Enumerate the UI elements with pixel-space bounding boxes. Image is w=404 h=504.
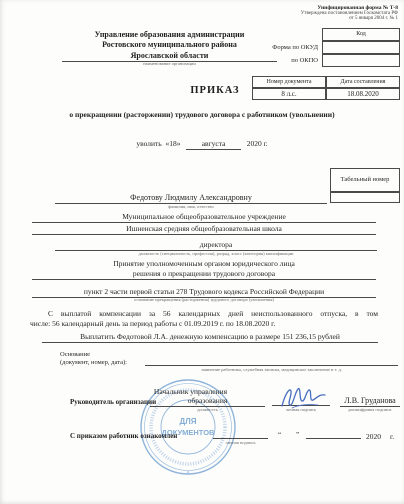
position-line: директора — [55, 240, 377, 251]
stamp-text-line1: ДЛЯ — [179, 417, 196, 426]
order-subject: о прекращении (расторжении) трудового до… — [0, 110, 404, 120]
unit-line1: Муниципальное общеобразовательное учрежд… — [32, 212, 376, 223]
form-reference-block: Унифицированная форма № Т-8 Утверждена п… — [228, 5, 398, 21]
basis-caption: заявление работника, служебная записка, … — [145, 368, 398, 373]
basis-label: Основание (документ, номер, дата): — [60, 351, 140, 367]
doc-date-value-cell: 18.08.2020 — [326, 88, 400, 100]
dismiss-label: уволить — [136, 139, 161, 148]
grounds-caption: основание прекращения (расторжения) труд… — [32, 298, 376, 303]
ack-year-suffix: г. — [390, 432, 394, 442]
tab-number-value-cell — [330, 192, 400, 203]
ack-signature-line — [213, 432, 268, 439]
svg-text:*: * — [187, 471, 190, 477]
ack-day-quote-close: ” — [296, 431, 299, 440]
doc-number-header-cell: Номер документа — [252, 76, 326, 88]
ack-year: 2020 — [366, 432, 381, 442]
form-ref-date: от 5 января 2004 г. № 1 — [228, 16, 398, 21]
ack-signature-caption: личная подпись — [213, 441, 268, 446]
code-table-header-cell: Код — [322, 28, 400, 41]
ack-day-quote-open: “ — [278, 431, 281, 440]
signer-position-caption: должность — [150, 408, 265, 413]
signer-name: Л.В. Груданова — [340, 396, 400, 407]
employee-name-caption: фамилия, имя, отчество — [55, 205, 327, 210]
payment-line: Выплатить Федотовой Л.А. денежную компен… — [42, 332, 378, 343]
doc-date-header-cell: Дата составления — [326, 76, 400, 88]
order-document-page: Унифицированная форма № Т-8 Утверждена п… — [0, 0, 404, 504]
dismiss-month: августа — [186, 139, 241, 150]
compensation-line2: числе: 56 календарный день за период раб… — [30, 319, 378, 329]
okpo-label: по ОКПО — [230, 57, 318, 65]
org-name-line1: Управление образования администрации — [62, 30, 277, 40]
reason-line1: Принятие уполномоченным органом юридичес… — [32, 259, 376, 269]
basis-label-line2: (документ, номер, дата): — [60, 359, 140, 367]
employee-name: Федотову Людмилу Александровну — [55, 193, 327, 204]
dismiss-date-line: уволить «18» августа 2020 г. — [0, 139, 404, 150]
dismiss-year: 2020 г. — [247, 139, 268, 148]
position-caption: должность (специальность, профессия), ра… — [55, 252, 377, 257]
tab-number-header-cell: Табельный номер — [330, 168, 400, 192]
signer-name-caption: расшифровка подписи — [340, 408, 400, 413]
basis-value-line — [145, 359, 398, 366]
unit-line2: Ишненская средняя общеобразовательная шк… — [32, 224, 376, 235]
dismiss-day: «18» — [165, 139, 180, 148]
code-header-label: Код — [356, 31, 366, 38]
acknowledgement-label: С приказом работник ознакомлен — [70, 432, 220, 441]
signer-position-line2: образования — [150, 396, 265, 407]
head-signature-caption: личная подпись — [272, 408, 330, 413]
reason-line2: решения о прекращении трудового договора — [32, 269, 376, 280]
doc-number-value-cell: 8 л.с. — [252, 88, 326, 100]
ack-month-line — [306, 432, 361, 439]
compensation-line1: С выплатой компенсации за 56 календарных… — [30, 309, 378, 319]
okud-value-cell — [322, 41, 400, 54]
basis-label-line1: Основание — [60, 351, 140, 359]
okpo-value-cell — [322, 54, 400, 67]
okud-label: Форма по ОКУД — [230, 44, 318, 52]
